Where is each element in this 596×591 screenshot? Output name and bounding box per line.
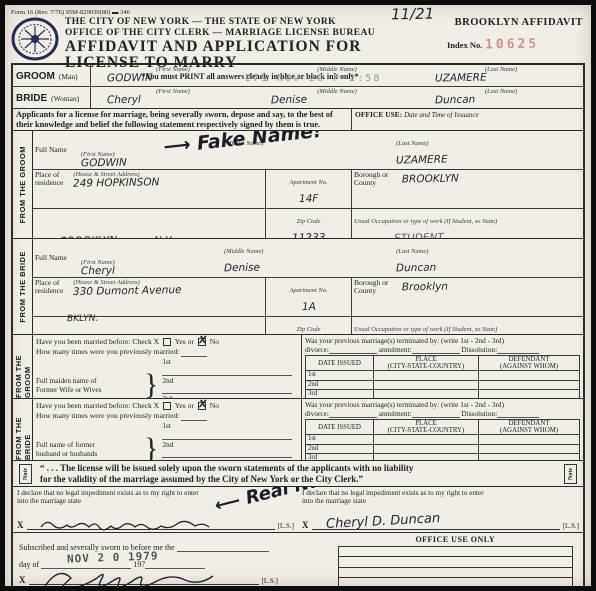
- clerk-attestation: Subscribed and severally sworn to before…: [13, 533, 308, 586]
- bride-first-name-value: Cheryl: [107, 95, 141, 106]
- groom-city-row: City BROOKLYN State N.Y. Zip Code 11233 …: [33, 209, 583, 239]
- groom-row-label: GROOM (Man): [13, 65, 91, 86]
- groom-apt-value: 14F: [299, 194, 319, 204]
- bride-yes-checkbox: [163, 402, 171, 410]
- index-number: Index No. 10625: [435, 37, 583, 52]
- groom-no-checkbox: X: [198, 338, 206, 346]
- groom-marriage-table: DATE ISSUED PLACE(CITY-STATE-COUNTRY) DE…: [305, 355, 580, 399]
- form-number: Form 16 (Rev. 7/76) 95M-829030(80) ▬ 346: [11, 9, 130, 16]
- bride-first-value: Cheryl: [81, 266, 115, 277]
- org-line-2: OFFICE OF THE CITY CLERK — MARRIAGE LICE…: [65, 28, 435, 39]
- groom-street-value: 249 HOPKINSON: [73, 177, 160, 189]
- office-use-only: OFFICE USE ONLY: [308, 533, 583, 586]
- index-number-stamp: 10625: [484, 37, 538, 53]
- groom-last-name: (Last Name) UZAMERE: [419, 65, 583, 86]
- clerk-signature: [29, 573, 259, 585]
- scan-frame: Form 16 (Rev. 7/76) 95M-829030(80) ▬ 346…: [0, 0, 596, 591]
- groom-side-label: FROM THE GROOM: [18, 146, 27, 223]
- brace-glyph: }: [144, 436, 158, 461]
- groom-last-name-value: UZAMERE: [435, 73, 487, 84]
- groom-marriage-termination: Was your previous marriage(s) terminated…: [301, 335, 583, 398]
- groom-last-value: UZAMERE: [396, 155, 448, 166]
- bride-marriage-questions: Have you been married before: Check X Ye…: [33, 399, 301, 460]
- bride-row-label: BRIDE (Woman): [13, 87, 91, 108]
- groom-first-name-value: GODWIN: [107, 73, 153, 84]
- groom-marriage-section: FROM THE GROOM Have you been married bef…: [13, 335, 583, 399]
- bride-residence-row: Place ofresidence (House & Street Addres…: [33, 278, 583, 317]
- bride-marriage-table: DATE ISSUED PLACE(CITY-STATE-COUNTRY) DE…: [305, 419, 580, 461]
- groom-signature: [27, 518, 275, 530]
- groom-section: FROM THE GROOM ⟶ Fake Name! Full Name (F…: [13, 131, 583, 239]
- groom-borough-value: BROOKLYN: [402, 174, 460, 208]
- city-seal-icon: [11, 17, 59, 61]
- bride-apt-value: 1A: [301, 302, 315, 312]
- groom-first-name: (First Name) GODWIN: [91, 65, 255, 86]
- note-label-right: Note: [564, 464, 577, 484]
- note-label-left: Note: [19, 464, 32, 484]
- bride-declaration: I declare that no legal impediment exist…: [298, 487, 583, 532]
- names-section: GROOM (Man) (First Name) GODWIN (Middle …: [13, 65, 583, 109]
- bride-last-name-value: Duncan: [435, 95, 475, 106]
- bride-last-value: Duncan: [396, 263, 436, 274]
- oath-text: Applicants for a license for marriage, b…: [13, 109, 351, 130]
- bride-first-name: (First Name) Cheryl: [91, 87, 255, 108]
- bride-marriage-termination: Was your previous marriage(s) terminated…: [301, 399, 583, 460]
- brace-glyph: }: [144, 372, 158, 398]
- groom-declaration: I declare that no legal impediment exist…: [13, 487, 298, 532]
- groom-first-value: GODWIN: [81, 158, 127, 169]
- bride-city-note: BKLYN.: [67, 314, 98, 325]
- bride-middle-name: (Middle Name) Denise: [255, 87, 419, 108]
- note-text: “ . . . The license will be issued solel…: [36, 463, 560, 484]
- groom-residence-row: Place ofresidence (House & Street Addres…: [33, 170, 583, 209]
- groom-yes-checkbox: [163, 338, 171, 346]
- oath-section: Applicants for a license for marriage, b…: [13, 109, 583, 131]
- bride-no-checkbox: X: [198, 402, 206, 410]
- bride-middle-name-value: Denise: [271, 95, 307, 106]
- note-section: Note “ . . . The license will be issued …: [13, 461, 583, 487]
- bride-middle-value: Denise: [224, 263, 260, 274]
- bride-marriage-section: FROM THE BRIDE Have you been married bef…: [13, 399, 583, 461]
- form-table: GROOM (Man) (First Name) GODWIN (Middle …: [11, 63, 585, 586]
- bride-side-label: FROM THE BRIDE: [18, 251, 27, 323]
- document-header: Form 16 (Rev. 7/76) 95M-829030(80) ▬ 346…: [11, 9, 585, 63]
- handwritten-corner-number: 11/21: [391, 9, 434, 20]
- bride-marriage-side-label: FROM THE BRIDE: [14, 399, 32, 460]
- bride-section: FROM THE BRIDE Full Name (First Name) Ch…: [13, 239, 583, 335]
- received-time-stamp: E79 NOV 20 P 2:58: [245, 73, 381, 84]
- org-line-1: THE CITY OF NEW YORK — THE STATE OF NEW …: [65, 17, 435, 28]
- office-use-only-title: OFFICE USE ONLY: [338, 535, 573, 544]
- bride-signature: Cheryl D. Duncan: [312, 518, 560, 530]
- bride-city-row: City BKLYN. New York City State N.Y. Zip…: [33, 317, 583, 335]
- affidavit-type: BROOKLYN AFFIDAVIT: [435, 17, 583, 28]
- office-use-box: OFFICE USE: Date and Time of Issuance: [351, 109, 583, 130]
- affidavit-document: Form 16 (Rev. 7/76) 95M-829030(80) ▬ 346…: [5, 5, 591, 586]
- bride-street-value: 330 Dumont Avenue: [73, 285, 182, 297]
- bride-last-name: (Last Name) Duncan: [419, 87, 583, 108]
- office-use-only-box: [338, 546, 573, 586]
- bride-fullname-row: Full Name (First Name) Cheryl (Middle Na…: [33, 239, 583, 278]
- groom-middle-name: (Middle Name) E79 NOV 20 P 2:58: [255, 65, 419, 86]
- declarations-section: I declare that no legal impediment exist…: [13, 487, 583, 533]
- clerk-section: Subscribed and severally sworn to before…: [13, 533, 583, 586]
- bride-borough-value: Brooklyn: [402, 282, 449, 316]
- groom-marriage-side-label: FROM THE GROOM: [14, 335, 32, 398]
- groom-marriage-questions: Have you been married before: Check X Ye…: [33, 335, 301, 398]
